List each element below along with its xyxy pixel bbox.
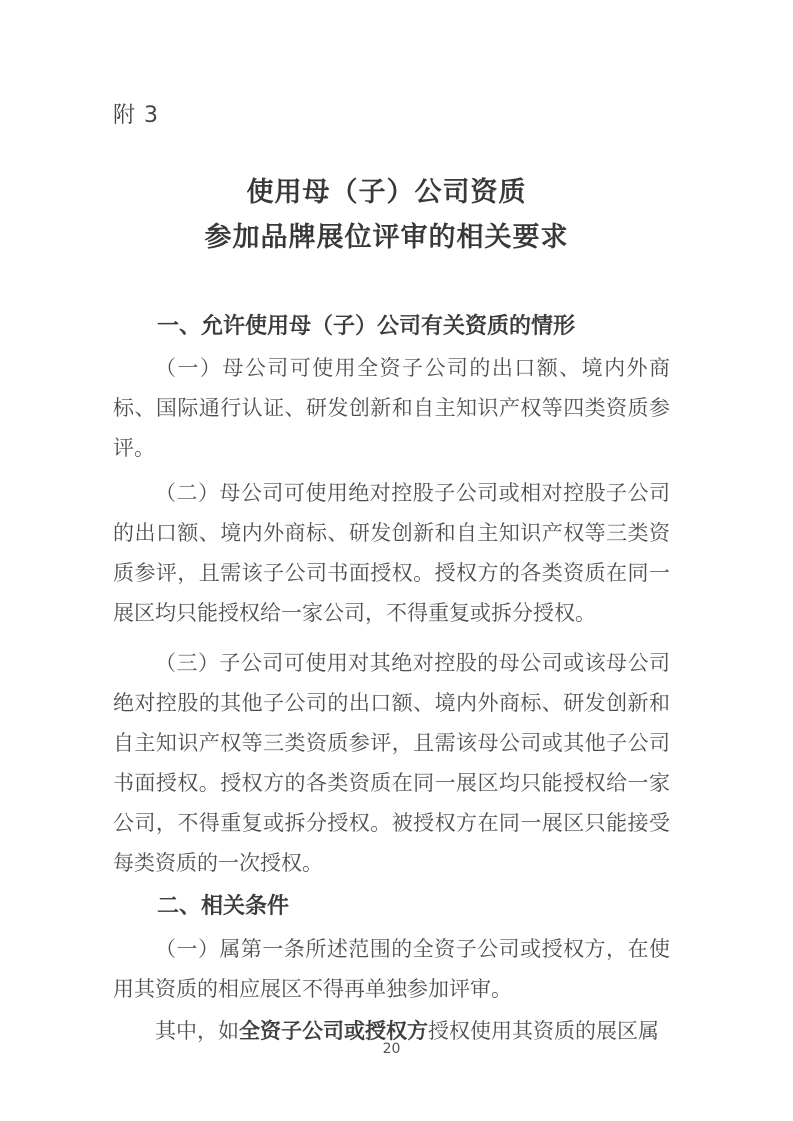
attachment-label: 附 3 xyxy=(113,96,670,136)
section-1-paragraph-3: （三）子公司可使用对其绝对控股的母公司或该母公司绝对控股的其他子公司的出口额、境… xyxy=(113,643,670,883)
document-title: 使用母（子）公司资质 参加品牌展位评审的相关要求 xyxy=(0,170,783,260)
section-1-paragraph-1: （一）母公司可使用全资子公司的出口额、境内外商标、国际通行认证、研发创新和自主知… xyxy=(113,348,670,468)
section-1-paragraph-2: （二）母公司可使用绝对控股子公司或相对控股子公司的出口额、境内外商标、研发创新和… xyxy=(113,473,670,633)
document-content: 附 3 使用母（子）公司资质 参加品牌展位评审的相关要求 一、允许使用母（子）公… xyxy=(113,0,670,1051)
page-number: 20 xyxy=(113,1040,670,1058)
section-2-paragraph-1: （一）属第一条所述范围的全资子公司或授权方，在使用其资质的相应展区不得再单独参加… xyxy=(113,929,670,1009)
document-title-line-1: 使用母（子）公司资质 xyxy=(0,170,783,215)
section-1-heading: 一、允许使用母（子）公司有关资质的情形 xyxy=(113,307,670,347)
document-title-line-2: 参加品牌展位评审的相关要求 xyxy=(0,215,783,260)
document-page: 附 3 使用母（子）公司资质 参加品牌展位评审的相关要求 一、允许使用母（子）公… xyxy=(0,0,793,1121)
section-2-heading: 二、相关条件 xyxy=(113,887,670,927)
